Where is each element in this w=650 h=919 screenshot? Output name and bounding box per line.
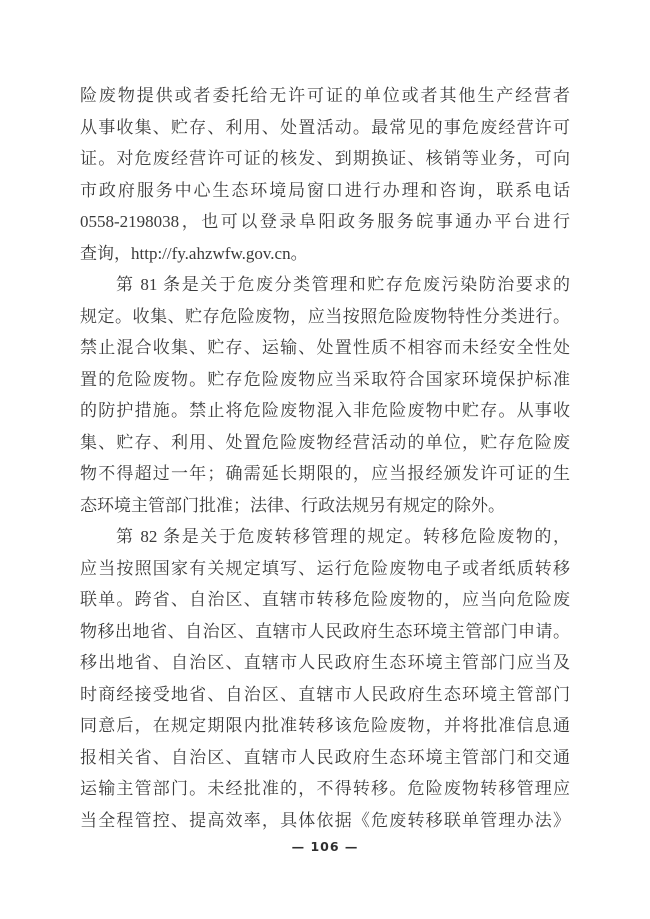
text-block: 险废物提供或者委托给无许可证的单位或者其他生产经营者从事收集、贮存、利用、处置活…: [80, 80, 570, 836]
text-line: 应当按照国家有关规定填写、运行危险废物电子或者纸质转移: [80, 553, 570, 585]
text-line: 第 81 条是关于危废分类管理和贮存危废污染防治要求的: [80, 269, 570, 301]
text-line: 移出地省、自治区、直辖市人民政府生态环境主管部门应当及: [80, 647, 570, 679]
text-line: 规定。收集、贮存危险废物，应当按照危险废物特性分类进行。: [80, 301, 570, 333]
text-line: 从事收集、贮存、利用、处置活动。最常见的事危废经营许可: [80, 112, 570, 144]
text-line: 态环境主管部门批准；法律、行政法规另有规定的除外。: [80, 490, 570, 522]
text-line: 报相关省、自治区、直辖市人民政府生态环境主管部门和交通: [80, 742, 570, 774]
text-line: 禁止混合收集、贮存、运输、处置性质不相容而未经安全性处: [80, 332, 570, 364]
text-line: 物不得超过一年；确需延长期限的，应当报经颁发许可证的生: [80, 458, 570, 490]
text-line: 联单。跨省、自治区、直辖市转移危险废物的，应当向危险废: [80, 584, 570, 616]
text-line: 的防护措施。禁止将危险废物混入非危险废物中贮存。从事收: [80, 395, 570, 427]
text-line: 运输主管部门。未经批准的，不得转移。危险废物转移管理应: [80, 773, 570, 805]
text-line: 物移出地省、自治区、直辖市人民政府生态环境主管部门申请。: [80, 616, 570, 648]
text-line: 置的危险废物。贮存危险废物应当采取符合国家环境保护标准: [80, 364, 570, 396]
text-line: 查询，http://fy.ahzwfw.gov.cn。: [80, 238, 570, 270]
text-line: 证。对危废经营许可证的核发、到期换证、核销等业务，可向: [80, 143, 570, 175]
text-line: 时商经接受地省、自治区、直辖市人民政府生态环境主管部门: [80, 679, 570, 711]
page-footer: — 106 —: [0, 838, 650, 856]
text-line: 市政府服务中心生态环境局窗口进行办理和咨询，联系电话: [80, 175, 570, 207]
text-line: 同意后，在规定期限内批准转移该危险废物，并将批准信息通: [80, 710, 570, 742]
text-line: 当全程管控、提高效率，具体依据《危废转移联单管理办法》: [80, 805, 570, 837]
text-line: 第 82 条是关于危废转移管理的规定。转移危险废物的，: [80, 521, 570, 553]
text-line: 0558-2198038，也可以登录阜阳政务服务皖事通办平台进行: [80, 206, 570, 238]
document-page: 险废物提供或者委托给无许可证的单位或者其他生产经营者从事收集、贮存、利用、处置活…: [0, 0, 650, 919]
text-line: 集、贮存、利用、处置危险废物经营活动的单位，贮存危险废: [80, 427, 570, 459]
page-number: — 106 —: [292, 839, 359, 854]
text-line: 险废物提供或者委托给无许可证的单位或者其他生产经营者: [80, 80, 570, 112]
